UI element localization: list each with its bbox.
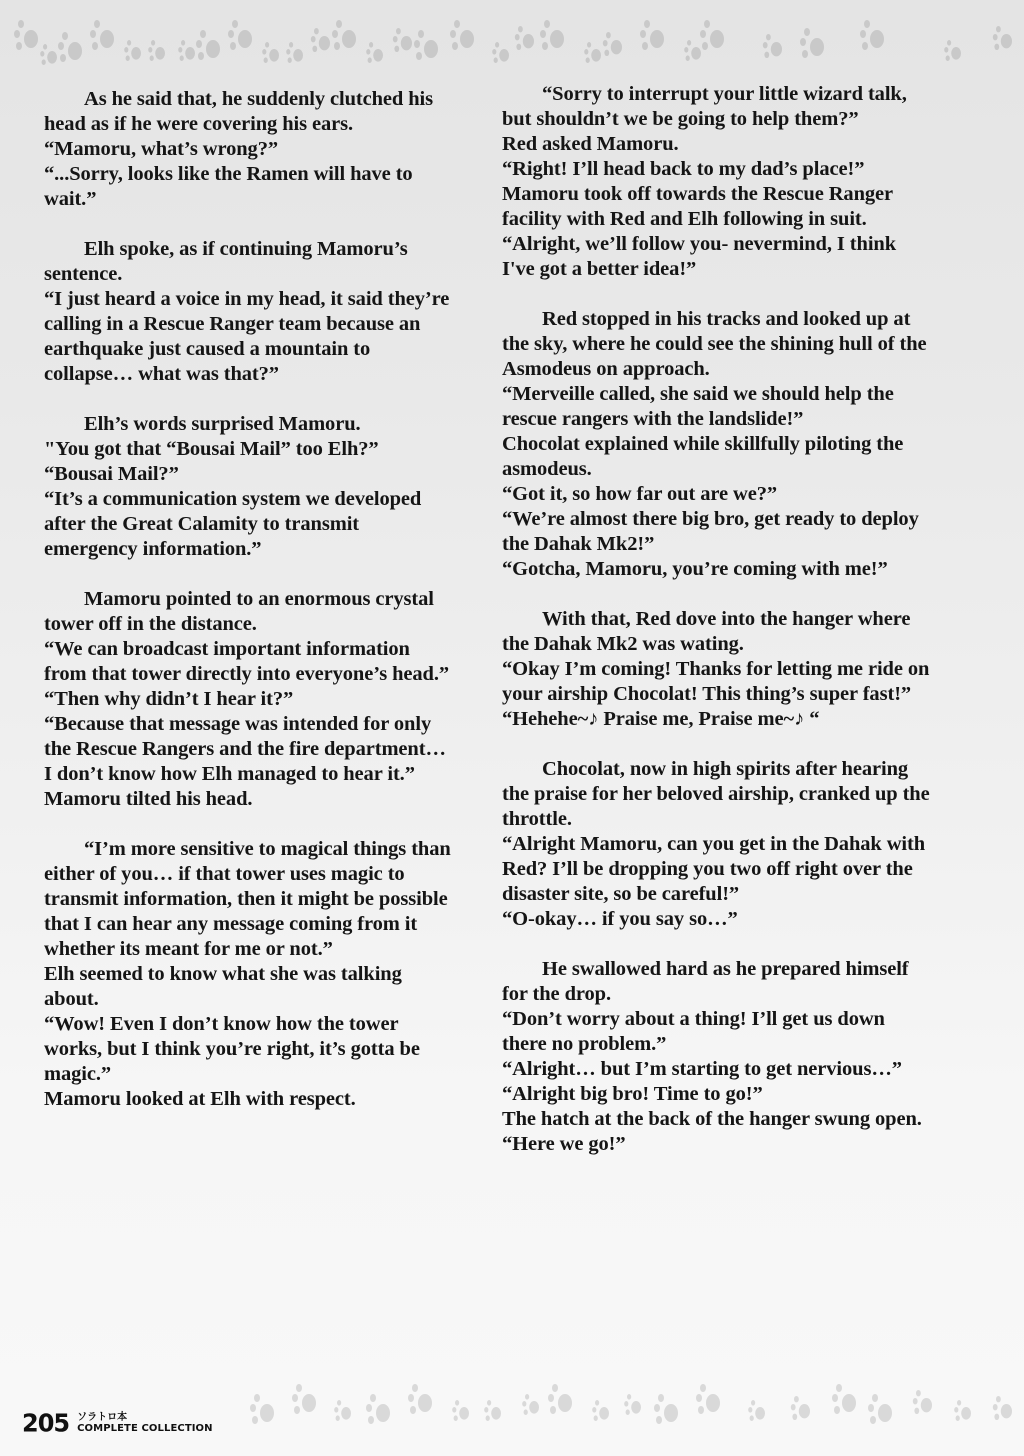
paw-print-icon [791,1396,813,1428]
paw-print-icon [832,1384,860,1424]
paw-print-icon [993,1396,1015,1428]
text-line: the Rescue Rangers and the fire departme… [44,737,484,762]
text-line: asmodeus. [502,457,966,482]
text-line: "You got that “Bousai Mail” too Elh?” [44,437,484,462]
text-line: “Sorry to interrupt your little wizard t… [502,82,966,107]
text-line: Asmodeus on approach. [502,357,966,382]
paw-print-icon [148,40,168,68]
text-line: I don’t know how Elh managed to hear it.… [44,762,484,787]
text-line: “Mamoru, what’s wrong?” [44,137,484,162]
right-text-column: “Sorry to interrupt your little wizard t… [502,82,966,1182]
paw-print-icon [414,30,442,70]
text-line: Mamoru pointed to an enormous crystal [44,587,484,612]
text-line: Mamoru looked at Elh with respect. [44,1087,484,1112]
text-line: Elh’s words surprised Mamoru. [44,412,484,437]
text-line: “Merveille called, she said we should he… [502,382,966,407]
text-line: “Then why didn’t I hear it?” [44,687,484,712]
paragraph: Elh spoke, as if continuing Mamoru’ssent… [44,237,484,387]
text-line: “O-okay… if you say so…” [502,907,966,932]
text-line: “It’s a communication system we develope… [44,487,484,512]
paw-print-icon [944,40,964,68]
paw-print-icon [624,1394,644,1422]
text-line: “Okay I’m coming! Thanks for letting me … [502,657,966,682]
paw-print-icon [452,1400,472,1428]
text-line: As he said that, he suddenly clutched hi… [44,87,484,112]
paw-print-icon [860,20,888,60]
text-line: your airship Chocolat! This thing’s supe… [502,682,966,707]
paw-print-icon [522,1394,542,1422]
text-line: Chocolat explained while skillfully pilo… [502,432,966,457]
text-line: emergency information.” [44,537,484,562]
paragraph: As he said that, he suddenly clutched hi… [44,87,484,212]
paragraph: With that, Red dove into the hanger wher… [502,607,966,732]
paw-print-icon [286,42,306,70]
brand-english-title: COMPLETE COLLECTION [77,1423,213,1434]
paw-print-icon [993,26,1015,58]
paw-print-icon [800,28,828,68]
paw-print-icon [548,1384,576,1424]
text-line: wait.” [44,187,484,212]
paw-print-icon [393,28,415,60]
text-line: Mamoru took off towards the Rescue Range… [502,182,966,207]
text-line: “...Sorry, looks like the Ramen will hav… [44,162,484,187]
paw-print-icon [178,40,198,68]
paw-print-icon [763,34,785,66]
text-line: Red stopped in his tracks and looked up … [502,307,966,332]
text-line: I've got a better idea!” [502,257,966,282]
paw-print-icon [58,32,86,72]
paw-print-icon [592,1400,612,1428]
paw-print-icon [954,1400,974,1428]
paw-print-icon [408,1384,436,1424]
text-line: Mamoru tilted his head. [44,787,484,812]
text-line: “Got it, so how far out are we?” [502,482,966,507]
text-line: He swallowed hard as he prepared himself [502,957,966,982]
paragraph: Chocolat, now in high spirits after hear… [502,757,966,932]
text-line: works, but I think you’re right, it’s go… [44,1037,484,1062]
text-line: from that tower directly into everyone’s… [44,662,484,687]
text-line: the Dahak Mk2!” [502,532,966,557]
paw-print-icon [14,20,42,60]
text-line: “Here we go!” [502,1132,966,1157]
page-footer: 205 ソラトロ本 COMPLETE COLLECTION [22,1409,213,1437]
paw-print-icon [515,26,537,58]
paw-print-icon [90,20,118,60]
text-line: Red? I’ll be dropping you two off right … [502,857,966,882]
text-line: after the Great Calamity to transmit [44,512,484,537]
text-line: “Don’t worry about a thing! I’ll get us … [502,1007,966,1032]
text-line: With that, Red dove into the hanger wher… [502,607,966,632]
text-line: whether its meant for me or not.” [44,937,484,962]
text-line: facility with Red and Elh following in s… [502,207,966,232]
paragraph: Mamoru pointed to an enormous crystaltow… [44,587,484,812]
text-line: Elh seemed to know what she was talking [44,962,484,987]
paragraph: He swallowed hard as he prepared himself… [502,957,966,1157]
text-line: “Wow! Even I don’t know how the tower [44,1012,484,1037]
text-line: “Bousai Mail?” [44,462,484,487]
paw-print-icon [603,32,625,64]
paw-print-icon [484,1400,504,1428]
text-line: “Hehehe~♪ Praise me, Praise me~♪ “ [502,707,966,732]
paw-print-icon [366,42,386,70]
text-line: transmit information, then it might be p… [44,887,484,912]
paw-print-icon [292,1384,320,1424]
text-line: the praise for her beloved airship, cran… [502,782,966,807]
paw-print-icon [868,1394,896,1434]
paw-print-icon [654,1394,682,1434]
paw-print-icon [250,1394,278,1434]
text-line: tower off in the distance. [44,612,484,637]
text-line: “Gotcha, Mamoru, you’re coming with me!” [502,557,966,582]
text-line: disaster site, so be careful!” [502,882,966,907]
paw-print-icon [450,20,478,60]
text-line: magic.” [44,1062,484,1087]
paragraph: Red stopped in his tracks and looked up … [502,307,966,582]
paw-print-icon [492,42,512,70]
top-paw-print-border [0,18,1024,78]
paragraph: “I’m more sensitive to magical things th… [44,837,484,1112]
page-number: 205 [22,1408,69,1437]
text-line: the Dahak Mk2 was wating. [502,632,966,657]
paw-print-icon [540,20,568,60]
paw-print-icon [332,20,360,60]
paragraph: Elh’s words surprised Mamoru."You got th… [44,412,484,562]
text-line: “Alright… but I’m starting to get nervio… [502,1057,966,1082]
paw-print-icon [311,28,333,60]
text-line: rescue rangers with the landslide!” [502,407,966,432]
text-line: “Right! I’ll head back to my dad’s place… [502,157,966,182]
text-line: “Alright big bro! Time to go!” [502,1082,966,1107]
text-line: earthquake just caused a mountain to [44,337,484,362]
text-line: for the drop. [502,982,966,1007]
paw-print-icon [696,1384,724,1424]
text-line: throttle. [502,807,966,832]
paw-print-icon [584,42,604,70]
text-line: either of you… if that tower uses magic … [44,862,484,887]
text-line: “Alright Mamoru, can you get in the Daha… [502,832,966,857]
text-line: “We’re almost there big bro, get ready t… [502,507,966,532]
paw-print-icon [700,20,728,60]
paw-print-icon [262,42,282,70]
paragraph: “Sorry to interrupt your little wizard t… [502,82,966,282]
text-line: that I can hear any message coming from … [44,912,484,937]
brand-japanese-title: ソラトロ本 [77,1412,213,1423]
text-line: “I just heard a voice in my head, it sai… [44,287,484,312]
text-line: head as if he were covering his ears. [44,112,484,137]
paw-print-icon [124,40,144,68]
text-line: Chocolat, now in high spirits after hear… [502,757,966,782]
left-text-column: As he said that, he suddenly clutched hi… [44,87,484,1137]
paw-print-icon [196,30,224,70]
text-line: “Alright, we’ll follow you- nevermind, I… [502,232,966,257]
text-line: “We can broadcast important information [44,637,484,662]
paw-print-icon [334,1400,354,1428]
text-line: Elh spoke, as if continuing Mamoru’s [44,237,484,262]
text-line: calling in a Rescue Ranger team because … [44,312,484,337]
text-line: about. [44,987,484,1012]
paw-print-icon [913,1390,935,1422]
paw-print-icon [40,44,60,72]
text-line: the sky, where he could see the shining … [502,332,966,357]
paw-print-icon [366,1394,394,1434]
paw-print-icon [684,40,704,68]
publication-brand: ソラトロ本 COMPLETE COLLECTION [77,1412,213,1434]
paw-print-icon [748,1400,768,1428]
text-line: sentence. [44,262,484,287]
text-line: The hatch at the back of the hanger swun… [502,1107,966,1132]
paw-print-icon [640,20,668,60]
text-line: but shouldn’t we be going to help them?” [502,107,966,132]
text-line: “I’m more sensitive to magical things th… [44,837,484,862]
text-line: Red asked Mamoru. [502,132,966,157]
text-line: there no problem.” [502,1032,966,1057]
text-line: collapse… what was that?” [44,362,484,387]
paw-print-icon [228,20,256,60]
text-line: “Because that message was intended for o… [44,712,484,737]
